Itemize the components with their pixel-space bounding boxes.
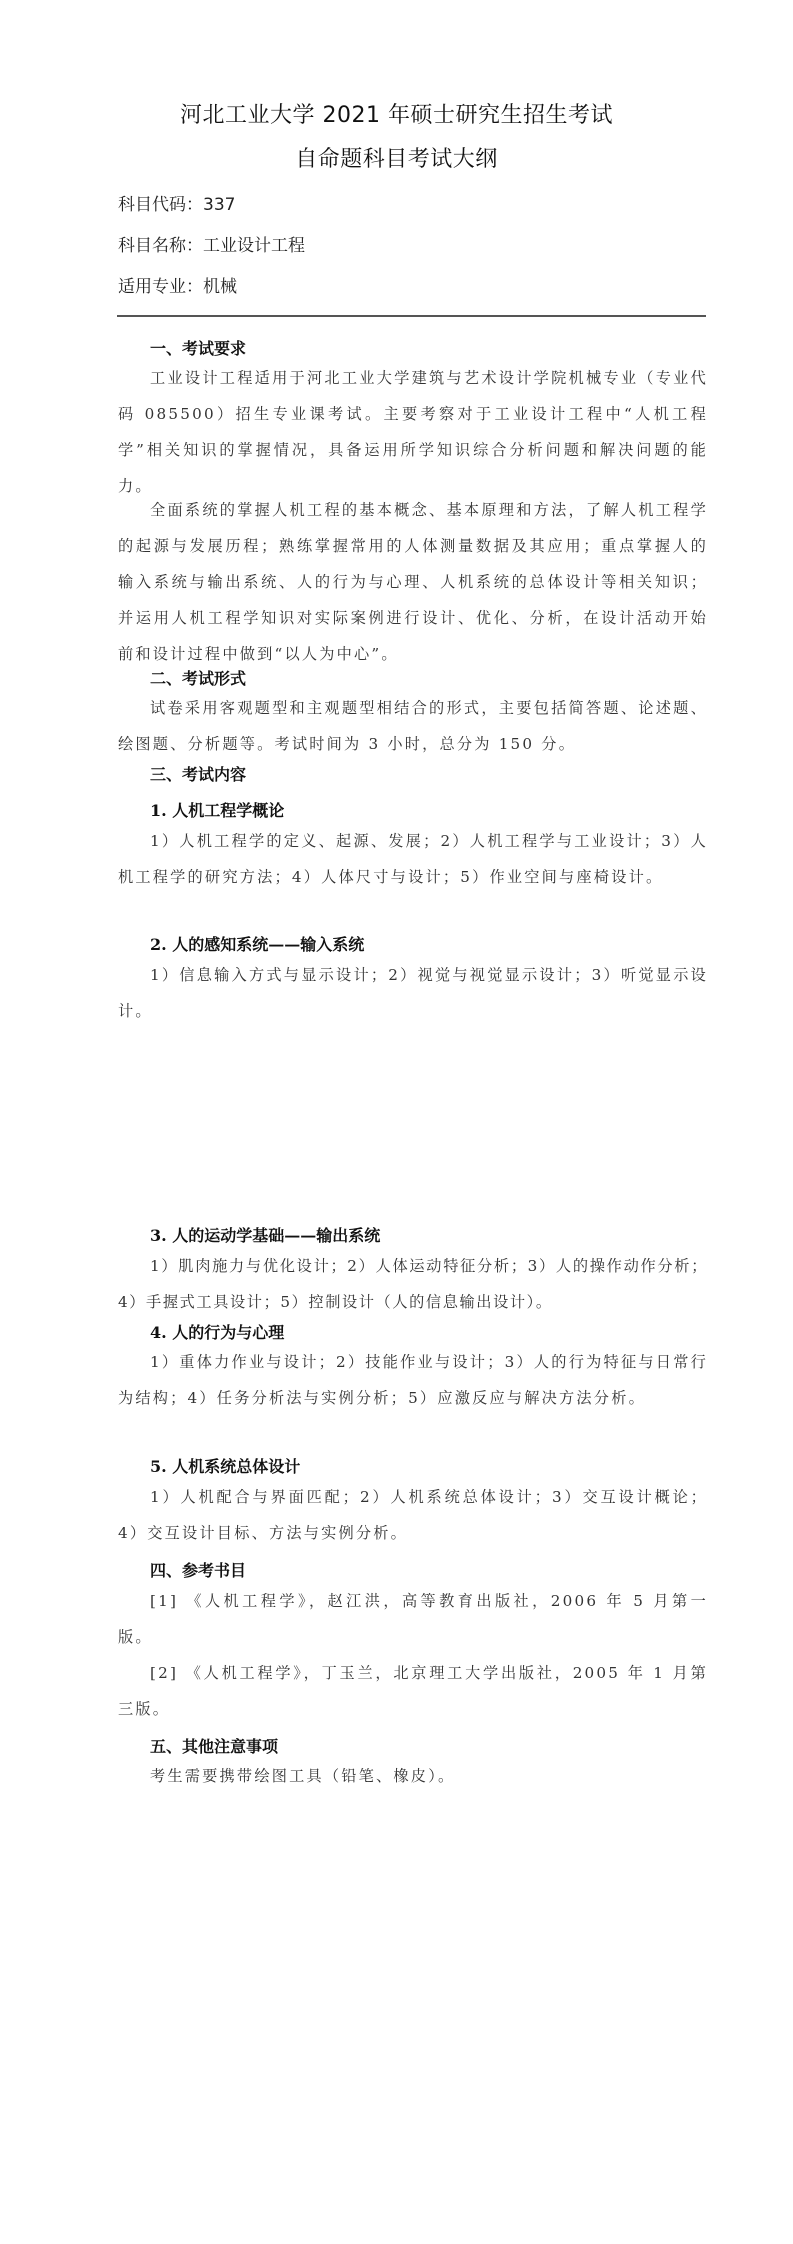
applicable-major: 适用专业：机械 — [118, 272, 237, 297]
exam-syllabus-page: 河北工业大学 2021 年硕士研究生招生考试 自命题科目考试大纲 科目代码：33… — [0, 0, 793, 2244]
reference-1: [1] 《人机工程学》，赵江洪，高等教育出版社，2006 年 5 月第一版。 — [118, 1583, 708, 1655]
section-heading-notes: 五、其他注意事项 — [150, 1734, 278, 1757]
subject-code: 科目代码：337 — [118, 190, 235, 215]
subsection-text-2: 1）信息输入方式与显示设计；2）视觉与视觉显示设计；3）听觉显示设计。 — [118, 957, 708, 1029]
notes-paragraph: 考生需要携带绘图工具（铅笔、橡皮）。 — [118, 1758, 708, 1794]
subsection-heading-3: 3. 人的运动学基础——输出系统 — [150, 1223, 380, 1246]
subsection-heading-4: 4. 人的行为与心理 — [150, 1320, 284, 1343]
section-heading-requirements: 一、考试要求 — [150, 336, 246, 359]
section-heading-references: 四、参考书目 — [150, 1558, 246, 1581]
subject-name: 科目名称：工业设计工程 — [118, 231, 305, 256]
section-heading-content: 三、考试内容 — [150, 762, 246, 785]
subsection-text-1: 1）人机工程学的定义、起源、发展；2）人机工程学与工业设计；3）人机工程学的研究… — [118, 823, 708, 895]
format-paragraph: 试卷采用客观题型和主观题型相结合的形式，主要包括简答题、论述题、绘图题、分析题等… — [118, 690, 708, 762]
reference-2: [2] 《人机工程学》，丁玉兰，北京理工大学出版社，2005 年 1 月第三版。 — [118, 1655, 708, 1727]
subsection-heading-5: 5. 人机系统总体设计 — [150, 1454, 300, 1477]
requirements-paragraph-2: 全面系统的掌握人机工程的基本概念、基本原理和方法，了解人机工程学的起源与发展历程… — [118, 492, 708, 672]
document-title-line2: 自命题科目考试大纲 — [0, 142, 793, 173]
document-title-line1: 河北工业大学 2021 年硕士研究生招生考试 — [0, 98, 793, 129]
requirements-paragraph-1: 工业设计工程适用于河北工业大学建筑与艺术设计学院机械专业（专业代码 085500… — [118, 360, 708, 504]
subsection-text-4: 1）重体力作业与设计；2）技能作业与设计；3）人的行为特征与日常行为结构；4）任… — [118, 1344, 708, 1416]
subsection-heading-2: 2. 人的感知系统——输入系统 — [150, 932, 364, 955]
section-heading-format: 二、考试形式 — [150, 666, 246, 689]
subsection-text-5: 1）人机配合与界面匹配；2）人机系统总体设计；3）交互设计概论；4）交互设计目标… — [118, 1479, 708, 1551]
header-divider — [117, 315, 706, 317]
subsection-text-3: 1）肌肉施力与优化设计；2）人体运动特征分析；3）人的操作动作分析；4）手握式工… — [118, 1248, 708, 1320]
subsection-heading-1: 1. 人机工程学概论 — [150, 798, 284, 821]
